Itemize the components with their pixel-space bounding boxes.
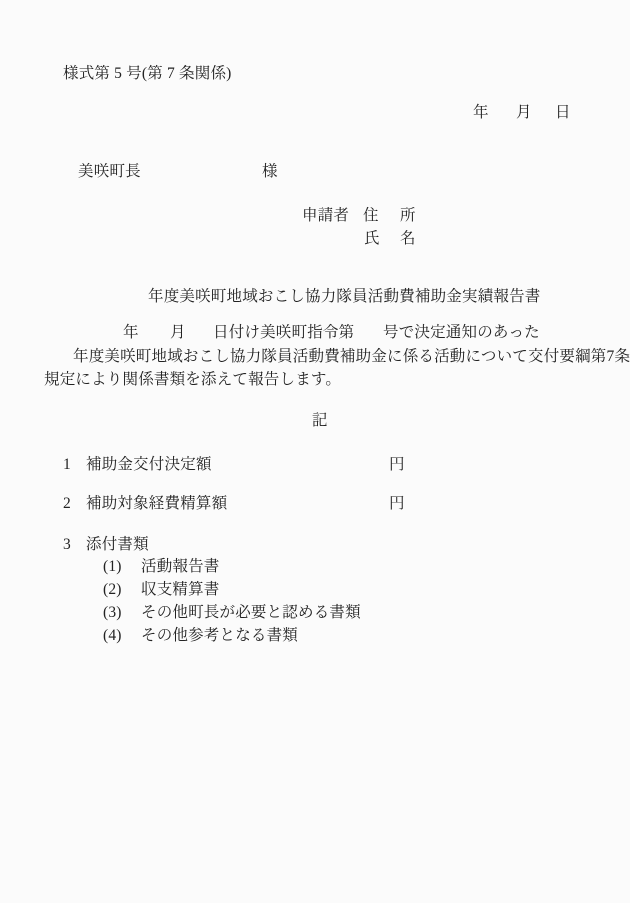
addressee-title: 美咲町長 <box>78 163 141 181</box>
applicant-address-label-2: 所 <box>400 207 416 225</box>
applicant-label: 申請者 <box>302 207 349 225</box>
date-year-label: 年 <box>473 104 489 122</box>
item3-label: 添付書類 <box>86 536 149 554</box>
item2-label: 補助対象経費精算額 <box>86 495 227 513</box>
notice-number-text: 号で決定通知のあった <box>383 324 540 342</box>
item2-number: 2 <box>63 495 71 513</box>
attachment-2-number: (2) <box>103 581 122 599</box>
date-day-label: 日 <box>555 104 571 122</box>
item1-number: 1 <box>63 456 71 474</box>
attachment-2-label: 収支精算書 <box>141 581 220 599</box>
attachment-4-number: (4) <box>103 627 122 645</box>
item1-label: 補助金交付決定額 <box>86 456 212 474</box>
notice-year-label: 年 <box>123 324 139 342</box>
attachment-4-label: その他参考となる書類 <box>141 627 298 645</box>
attachment-3-number: (3) <box>103 604 122 622</box>
attachment-1-label: 活動報告書 <box>141 558 220 576</box>
notice-month-label: 月 <box>170 324 186 342</box>
item1-unit: 円 <box>389 456 405 474</box>
form-number: 様式第 5 号(第 7 条関係) <box>63 65 232 83</box>
document-title: 年度美咲町地域おこし協力隊員活動費補助金実績報告書 <box>148 288 541 306</box>
body-line-3: 規定により関係書類を添えて報告します。 <box>44 371 341 389</box>
record-marker: 記 <box>312 412 328 430</box>
addressee-honorific: 様 <box>262 163 278 181</box>
applicant-name-label-1: 氏 <box>364 230 380 248</box>
document-page: 様式第 5 号(第 7 条関係) 年 月 日 美咲町長 様 申請者 住 所 氏 … <box>0 0 630 903</box>
applicant-address-label-1: 住 <box>363 207 379 225</box>
applicant-name-label-2: 名 <box>400 230 416 248</box>
attachment-1-number: (1) <box>103 558 122 576</box>
notice-day-text: 日付け美咲町指令第 <box>213 324 354 342</box>
body-line-2: 年度美咲町地域おこし協力隊員活動費補助金に係る活動について交付要綱第7条の <box>73 348 630 366</box>
item3-number: 3 <box>63 536 71 554</box>
item2-unit: 円 <box>389 495 405 513</box>
attachment-3-label: その他町長が必要と認める書類 <box>141 604 361 622</box>
date-month-label: 月 <box>516 104 532 122</box>
